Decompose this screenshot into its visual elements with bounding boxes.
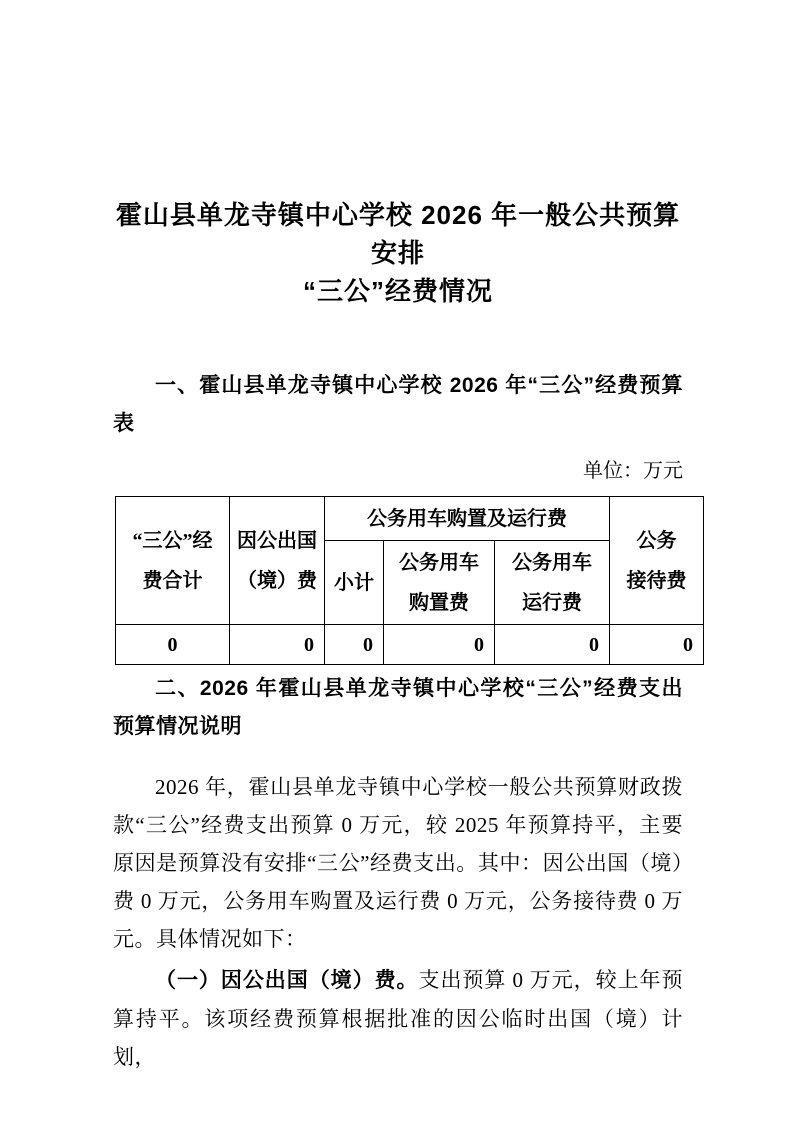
table-value-abroad: 0 xyxy=(230,625,325,665)
table-value-purchase: 0 xyxy=(384,625,495,665)
table-data-row: 0 0 0 0 0 0 xyxy=(116,625,704,665)
unit-label: 单位：万元 xyxy=(113,456,683,486)
table-header-row-1: “三公”经 费合计 因公出国 （境）费 公务用车购置及运行费 公务 接待费 xyxy=(116,497,704,541)
section1-heading: 一、霍山县单龙寺镇中心学校 2026 年“三公”经费预算表 xyxy=(113,367,683,443)
table-value-subtotal: 0 xyxy=(325,625,384,665)
paragraph-item1: （一）因公出国（境）费。支出预算 0 万元，较上年预算持平。该项经费预算根据批准… xyxy=(113,961,683,1076)
document-title-line-1: 霍山县单龙寺镇中心学校 2026 年一般公共预算安排 xyxy=(113,196,683,272)
document-title-line-2: “三公”经费情况 xyxy=(113,272,683,310)
table-value-total: 0 xyxy=(116,625,230,665)
table-value-operation: 0 xyxy=(495,625,610,665)
table-header-subtotal: 小计 xyxy=(325,541,384,625)
budget-table: “三公”经 费合计 因公出国 （境）费 公务用车购置及运行费 公务 接待费 小计… xyxy=(115,496,704,665)
table-value-reception: 0 xyxy=(610,625,704,665)
document-page: 霍山县单龙寺镇中心学校 2026 年一般公共预算安排 “三公”经费情况 一、霍山… xyxy=(0,0,793,1122)
table-header-abroad: 因公出国 （境）费 xyxy=(230,497,325,625)
table-header-purchase: 公务用车 购置费 xyxy=(384,541,495,625)
table-header-operation: 公务用车 运行费 xyxy=(495,541,610,625)
section2-heading: 二、2026 年霍山县单龙寺镇中心学校“三公”经费支出预算情况说明 xyxy=(113,670,683,746)
item1-label: （一）因公出国（境）费。 xyxy=(155,969,419,992)
table-header-reception: 公务 接待费 xyxy=(610,497,704,625)
paragraph-overview: 2026 年，霍山县单龙寺镇中心学校一般公共预算财政拨款“三公”经费支出预算 0… xyxy=(113,768,683,958)
document-title: 霍山县单龙寺镇中心学校 2026 年一般公共预算安排 “三公”经费情况 xyxy=(113,0,683,310)
table-header-total: “三公”经 费合计 xyxy=(116,497,230,625)
document-content: 霍山县单龙寺镇中心学校 2026 年一般公共预算安排 “三公”经费情况 一、霍山… xyxy=(113,0,683,1076)
table-header-vehicle-merged: 公务用车购置及运行费 xyxy=(325,497,610,541)
